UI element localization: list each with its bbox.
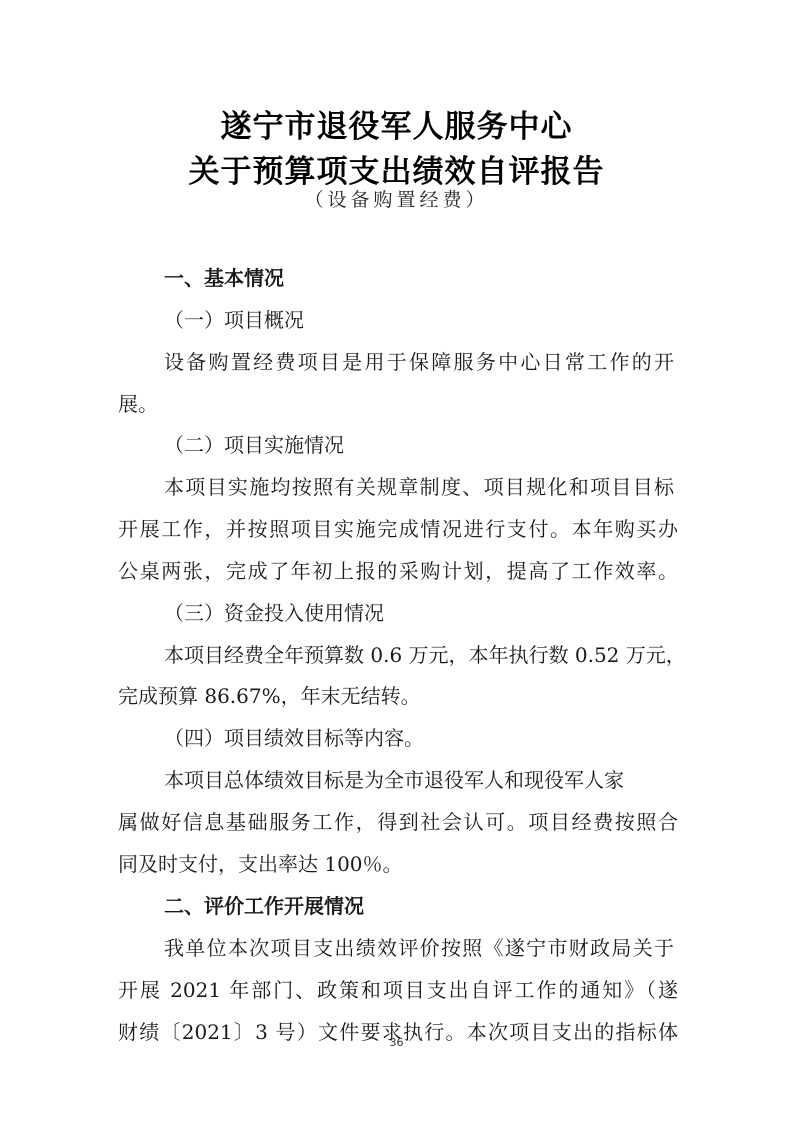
subsection-heading-funding: （三）资金投入使用情况 [164, 597, 384, 626]
paragraph-line: 我单位本次项目支出绩效评价按照《遂宁市财政局关于 [164, 932, 674, 961]
subsection-heading-overview: （一）项目概况 [164, 304, 304, 333]
title-line-1: 遂宁市退役军人服务中心 [0, 101, 793, 146]
subsection-heading-implementation: （二）项目实施情况 [164, 429, 344, 458]
section-heading-basic-info: 一、基本情况 [164, 262, 284, 291]
paragraph-line: 本项目总体绩效目标是为全市退役军人和现役军人家 [164, 764, 624, 793]
paragraph-line: 本项目实施均按照有关规章制度、项目规化和项目目标 [164, 471, 674, 500]
paragraph-line: 开展工作，并按照项目实施完成情况进行支付。本年购买办 [118, 513, 678, 542]
page-number: 36 [0, 1036, 793, 1049]
paragraph-line: 本项目经费全年预算数 0.6 万元，本年执行数 0.52 万元， [164, 639, 674, 668]
section-heading-evaluation: 二、评价工作开展情况 [164, 890, 364, 919]
paragraph-line: 完成预算 86.67%，年末无结转。 [118, 680, 421, 709]
paragraph-line: 属做好信息基础服务工作，得到社会认可。项目经费按照合 [118, 806, 678, 835]
subsection-heading-performance-goals: （四）项目绩效目标等内容。 [164, 722, 424, 751]
paragraph-line: 公桌两张，完成了年初上报的采购计划，提高了工作效率。 [118, 555, 678, 584]
paragraph-line: 设备购置经费项目是用于保障服务中心日常工作的开 [164, 346, 674, 375]
subtitle: （设备购置经费） [0, 185, 793, 212]
paragraph-line: 展。 [118, 388, 158, 417]
paragraph-line: 同及时支付，支出率达 100％。 [118, 848, 403, 877]
paragraph-line: 开展 2021 年部门、政策和项目支出自评工作的通知》（遂 [118, 974, 678, 1003]
